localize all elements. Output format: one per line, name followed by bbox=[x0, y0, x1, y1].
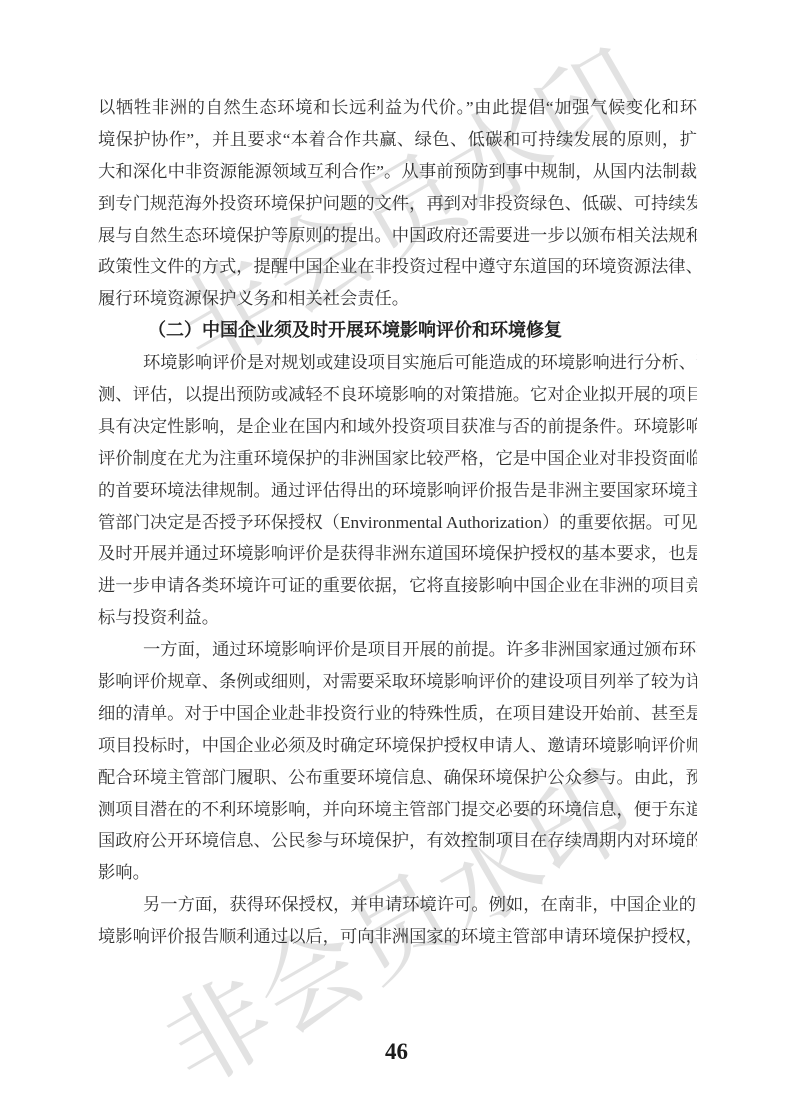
text-line: 管部门决定是否授予环保授权（Environmental Authorizatio… bbox=[98, 507, 697, 539]
text-line: 进一步申请各类环境许可证的重要依据，它将直接影响中国企业在非洲的项目竞 bbox=[98, 570, 697, 602]
text-line: 具有决定性影响，是企业在国内和域外投资项目获准与否的前提条件。环境影响 bbox=[98, 411, 697, 443]
page-number: 46 bbox=[0, 1039, 793, 1065]
text-line: 境保护协作”，并且要求“本着合作共赢、绿色、低碳和可持续发展的原则，扩 bbox=[98, 124, 697, 156]
text-line: 影响。 bbox=[98, 857, 697, 889]
text-line: 项目投标时，中国企业必须及时确定环境保护授权申请人、邀请环境影响评价师、 bbox=[98, 730, 697, 762]
text-line: 政策性文件的方式，提醒中国企业在非投资过程中遵守东道国的环境资源法律、 bbox=[98, 251, 697, 283]
document-page: 非会员水印 非会员水印 以牺牲非洲的自然生态环境和长远利益为代价。”由此提倡“加… bbox=[0, 0, 793, 1114]
text-line: 配合环境主管部门履职、公布重要环境信息、确保环境保护公众参与。由此，预 bbox=[98, 762, 697, 794]
text-line: 细的清单。对于中国企业赴非投资行业的特殊性质，在项目建设开始前、甚至是 bbox=[98, 698, 697, 730]
text-line: 履行环境资源保护义务和相关社会责任。 bbox=[98, 283, 697, 315]
text-line: 测项目潜在的不利环境影响，并向环境主管部门提交必要的环境信息，便于东道 bbox=[98, 794, 697, 826]
document-body: 以牺牲非洲的自然生态环境和长远利益为代价。”由此提倡“加强气候变化和环境保护协作… bbox=[98, 92, 697, 953]
text-line: 展与自然生态环境保护等原则的提出。中国政府还需要进一步以颁布相关法规和 bbox=[98, 220, 697, 252]
text-line: 国政府公开环境信息、公民参与环境保护，有效控制项目在存续周期内对环境的 bbox=[98, 825, 697, 857]
text-line: 另一方面，获得环保授权，并申请环境许可。例如，在南非，中国企业的环 bbox=[98, 889, 697, 921]
text-line: 一方面，通过环境影响评价是项目开展的前提。许多非洲国家通过颁布环境 bbox=[98, 634, 697, 666]
text-line: 以牺牲非洲的自然生态环境和长远利益为代价。”由此提倡“加强气候变化和环 bbox=[98, 92, 697, 124]
text-line: 测、评估，以提出预防或减轻不良环境影响的对策措施。它对企业拟开展的项目 bbox=[98, 379, 697, 411]
text-line: 评价制度在尤为注重环境保护的非洲国家比较严格，它是中国企业对非投资面临 bbox=[98, 443, 697, 475]
text-line: 及时开展并通过环境影响评价是获得非洲东道国环境保护授权的基本要求，也是 bbox=[98, 538, 697, 570]
text-line: 标与投资利益。 bbox=[98, 602, 697, 634]
text-line: 环境影响评价是对规划或建设项目实施后可能造成的环境影响进行分析、预 bbox=[98, 347, 697, 379]
text-line: 的首要环境法律规制。通过评估得出的环境影响评价报告是非洲主要国家环境主 bbox=[98, 475, 697, 507]
section-heading: （二）中国企业须及时开展环境影响评价和环境修复 bbox=[98, 315, 697, 347]
text-line: 到专门规范海外投资环境保护问题的文件，再到对非投资绿色、低碳、可持续发 bbox=[98, 188, 697, 220]
text-line: 大和深化中非资源能源领域互利合作”。从事前预防到事中规制，从国内法制裁 bbox=[98, 156, 697, 188]
text-line: 境影响评价报告顺利通过以后，可向非洲国家的环境主管部申请环境保护授权， bbox=[98, 921, 697, 953]
text-line: 影响评价规章、条例或细则，对需要采取环境影响评价的建设项目列举了较为详 bbox=[98, 666, 697, 698]
